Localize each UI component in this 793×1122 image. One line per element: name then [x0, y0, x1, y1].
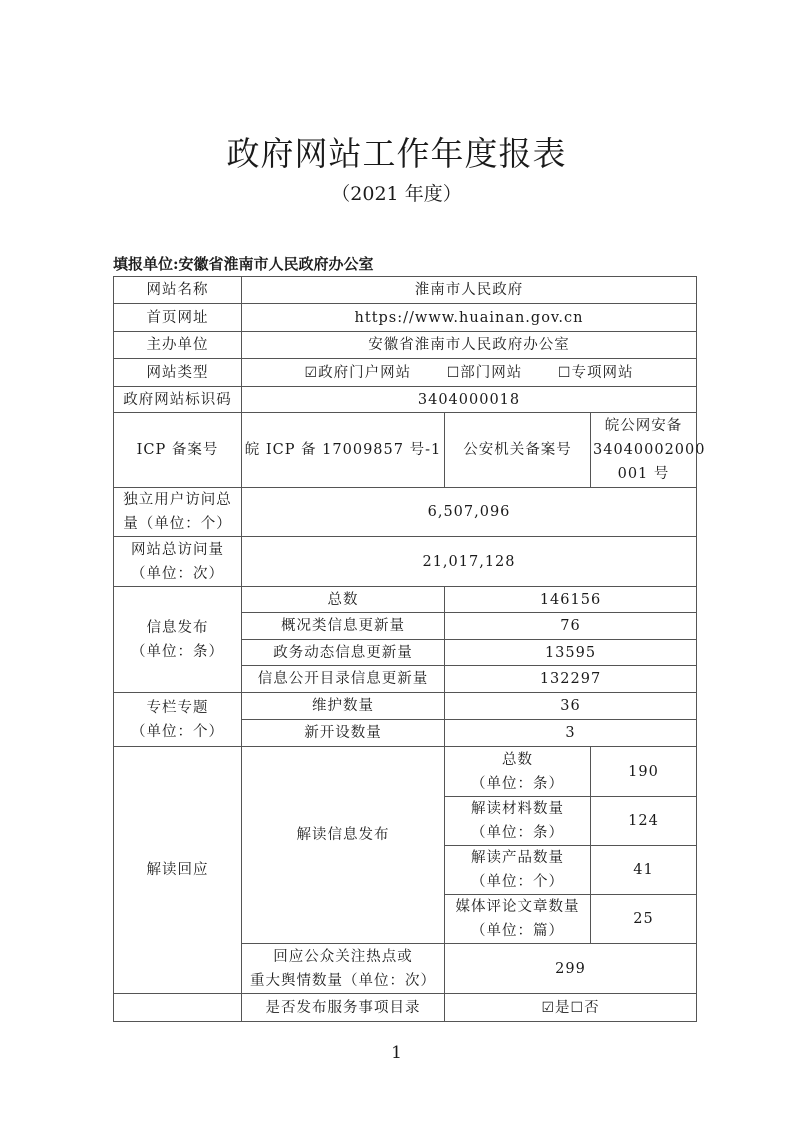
table-row-unique-visitors: 独立用户访问总 量（单位：个） 6,507,096 — [114, 488, 697, 537]
info-overview-value: 76 — [445, 613, 697, 640]
info-catalog-label: 信息公开目录信息更新量 — [242, 666, 445, 693]
page-subtitle: （2021 年度） — [0, 179, 793, 206]
site-type-option-department: 部门网站 — [460, 365, 522, 381]
sponsor-value: 安徽省淮南市人民政府办公室 — [242, 332, 697, 359]
site-id-label: 政府网站标识码 — [114, 387, 242, 413]
table-row-homepage: 首页网址 https://www.huainan.gov.cn — [114, 304, 697, 332]
service-catalog-yes: 是 — [555, 1000, 571, 1016]
table-row-site-id: 政府网站标识码 3404000018 — [114, 387, 697, 413]
checkbox-unchecked-icon[interactable]: ☐ — [558, 365, 572, 381]
interpretation-label: 解读回应 — [114, 747, 242, 994]
table-row-info-total: 信息发布 （单位：条） 总数 146156 — [114, 587, 697, 613]
homepage-label: 首页网址 — [114, 304, 242, 332]
table-row-total-visits: 网站总访问量 （单位：次） 21,017,128 — [114, 537, 697, 587]
columns-maintained-label: 维护数量 — [242, 693, 445, 720]
info-total-label: 总数 — [242, 587, 445, 613]
interp-total-label: 总数 （单位：条） — [445, 747, 591, 797]
site-name-label: 网站名称 — [114, 277, 242, 304]
service-catalog-options: ☑是☐否 — [445, 994, 697, 1022]
total-visits-value: 21,017,128 — [242, 537, 697, 587]
service-catalog-blank — [114, 994, 242, 1022]
info-news-label: 政务动态信息更新量 — [242, 640, 445, 666]
checkbox-checked-icon[interactable]: ☑ — [305, 365, 319, 381]
table-row-interp-total: 解读回应 解读信息发布 总数 （单位：条） 190 — [114, 747, 697, 797]
checkbox-checked-icon[interactable]: ☑ — [541, 1000, 555, 1016]
interp-media-value: 25 — [591, 895, 697, 944]
table-row-site-name: 网站名称 淮南市人民政府 — [114, 277, 697, 304]
checkbox-unchecked-icon[interactable]: ☐ — [447, 365, 461, 381]
table-row-sponsor: 主办单位 安徽省淮南市人民政府办公室 — [114, 332, 697, 359]
info-catalog-value: 132297 — [445, 666, 697, 693]
site-id-value: 3404000018 — [242, 387, 697, 413]
table-row-icp: ICP 备案号 皖 ICP 备 17009857 号-1 公安机关备案号 皖公网… — [114, 413, 697, 488]
info-publish-label: 信息发布 （单位：条） — [114, 587, 242, 693]
interp-materials-value: 124 — [591, 797, 697, 846]
service-catalog-no: 否 — [584, 1000, 600, 1016]
icp-value: 皖 ICP 备 17009857 号-1 — [242, 413, 445, 488]
checkbox-unchecked-icon[interactable]: ☐ — [571, 1000, 585, 1016]
columns-new-value: 3 — [445, 720, 697, 747]
interp-materials-label: 解读材料数量 （单位：条） — [445, 797, 591, 846]
interp-total-value: 190 — [591, 747, 697, 797]
sponsor-label: 主办单位 — [114, 332, 242, 359]
hotspot-value: 299 — [445, 944, 697, 994]
columns-maintained-value: 36 — [445, 693, 697, 720]
site-type-options: ☑政府门户网站 ☐部门网站 ☐专项网站 — [242, 359, 697, 387]
police-record-value: 皖公网安备 34040002000 001 号 — [591, 413, 697, 488]
info-overview-label: 概况类信息更新量 — [242, 613, 445, 640]
report-table: 网站名称 淮南市人民政府 首页网址 https://www.huainan.go… — [113, 276, 697, 1022]
page-number: 1 — [0, 1043, 793, 1063]
interp-products-value: 41 — [591, 846, 697, 895]
page-title: 政府网站工作年度报表 — [0, 128, 793, 175]
service-catalog-label: 是否发布服务事项目录 — [242, 994, 445, 1022]
interp-media-label: 媒体评论文章数量 （单位：篇） — [445, 895, 591, 944]
unique-visitors-label: 独立用户访问总 量（单位：个） — [114, 488, 242, 537]
site-type-label: 网站类型 — [114, 359, 242, 387]
police-record-label: 公安机关备案号 — [445, 413, 591, 488]
site-name-value: 淮南市人民政府 — [242, 277, 697, 304]
info-news-value: 13595 — [445, 640, 697, 666]
filing-unit: 填报单位:安徽省淮南市人民政府办公室 — [113, 253, 374, 274]
columns-label: 专栏专题 （单位：个） — [114, 693, 242, 747]
unique-visitors-value: 6,507,096 — [242, 488, 697, 537]
interpretation-publish-label: 解读信息发布 — [242, 747, 445, 944]
homepage-value: https://www.huainan.gov.cn — [242, 304, 697, 332]
table-row-service-catalog: 是否发布服务事项目录 ☑是☐否 — [114, 994, 697, 1022]
total-visits-label: 网站总访问量 （单位：次） — [114, 537, 242, 587]
table-row-site-type: 网站类型 ☑政府门户网站 ☐部门网站 ☐专项网站 — [114, 359, 697, 387]
site-type-option-special: 专项网站 — [571, 365, 633, 381]
icp-label: ICP 备案号 — [114, 413, 242, 488]
interp-products-label: 解读产品数量 （单位：个） — [445, 846, 591, 895]
hotspot-label: 回应公众关注热点或 重大舆情数量（单位：次） — [242, 944, 445, 994]
table-row-columns-maintained: 专栏专题 （单位：个） 维护数量 36 — [114, 693, 697, 720]
info-total-value: 146156 — [445, 587, 697, 613]
columns-new-label: 新开设数量 — [242, 720, 445, 747]
site-type-option-portal: 政府门户网站 — [318, 365, 411, 381]
